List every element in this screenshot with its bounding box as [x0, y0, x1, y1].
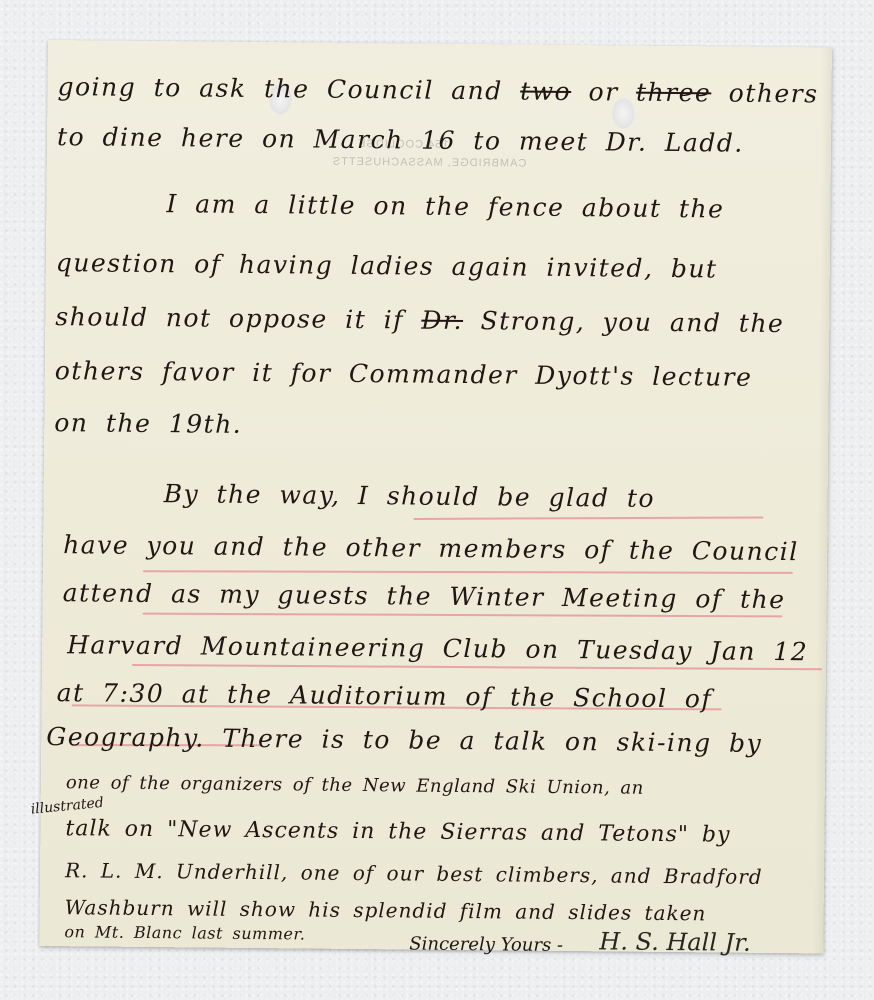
- letter-line-2: to dine here on March 16 to meet Dr. Lad…: [57, 122, 744, 158]
- closing: Sincerely Yours -: [409, 934, 563, 956]
- letter-line-12: at 7:30 at the Auditorium of the School …: [57, 678, 713, 713]
- letter-line-3: I am a little on the fence about the: [166, 189, 724, 223]
- text-segment: or: [571, 77, 636, 107]
- letter-line-9: have you and the other members of the Co…: [63, 530, 799, 566]
- inserted-word: illustrated: [30, 795, 104, 818]
- red-underline: [143, 570, 793, 574]
- letterhead-showthrough-city: CAMBRIDGE, MASSACHUSETTS: [332, 156, 527, 170]
- struck-word: three: [636, 78, 711, 108]
- letter-line-5: should not oppose it if Dr. Strong, you …: [55, 302, 784, 338]
- letter-line-7: on the 19th.: [54, 408, 242, 439]
- text-segment: Strong, you and the: [463, 306, 785, 338]
- letter-line-16: R. L. M. Underhill, one of our best clim…: [65, 858, 763, 889]
- letter-line-10: attend as my guests the Winter Meeting o…: [63, 578, 786, 614]
- letter-line-11: Harvard Mountaineering Club on Tuesday J…: [67, 630, 808, 666]
- red-underline: [142, 613, 782, 618]
- struck-word: two: [520, 77, 571, 106]
- letter-line-18: on Mt. Blanc last summer.: [64, 922, 305, 943]
- text-segment: should not oppose it if: [55, 302, 421, 335]
- text-segment: going to ask the Council and: [57, 72, 520, 105]
- letter-line-4: question of having ladies again invited,…: [56, 248, 718, 283]
- red-underline: [413, 516, 763, 520]
- signature: H. S. Hall Jr.: [599, 927, 751, 956]
- letter-line-8: By the way, I should be glad to: [164, 479, 656, 513]
- letter-line-1: going to ask the Council and two or thre…: [57, 72, 818, 108]
- letter-line-13: Geography. There is to be a talk on ski-…: [46, 722, 762, 758]
- struck-word: Dr.: [421, 306, 463, 335]
- letter-line-17: Washburn will show his splendid film and…: [65, 895, 707, 925]
- letter-line-6: others favor it for Commander Dyott's le…: [55, 356, 753, 392]
- letter-line-14: one of the organizers of the New England…: [66, 772, 644, 799]
- letter-paper: 154 COOLIDGE CAMBRIDGE, MASSACHUSETTS go…: [39, 40, 832, 953]
- letter-line-15: talk on "New Ascents in the Sierras and …: [65, 816, 730, 847]
- text-segment: others: [711, 78, 819, 108]
